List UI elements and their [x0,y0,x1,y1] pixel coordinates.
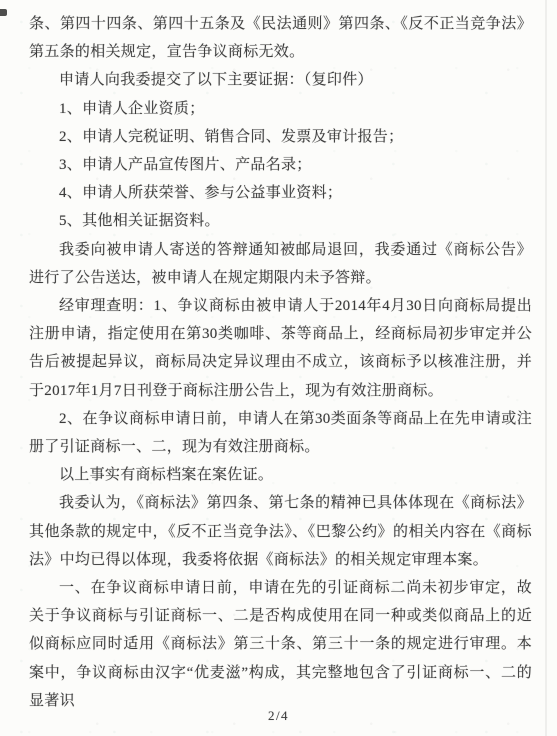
scan-artifact-line [545,0,547,736]
paragraph: 我委认为，《商标法》第四条、第七条的精神已具体体现在《商标法》其他条款的规定中，… [29,489,532,574]
paragraph: 5、其他相关证据资料。 [29,207,532,235]
scan-artifact-speck [0,9,7,16]
paragraph: 我委向被申请人寄送的答辩通知被邮局退回，我委通过《商标公告》进行了公告送达，被申… [29,236,532,292]
document-body: 条、第四十四条、第四十五条及《民法通则》第四条、《反不正当竞争法》第五条的相关规… [29,10,532,715]
paragraph: 3、申请人产品宣传图片、产品名录； [29,151,532,179]
paragraph: 条、第四十四条、第四十五条及《民法通则》第四条、《反不正当竞争法》第五条的相关规… [29,10,532,66]
paragraph: 一、在争议商标申请日前，申请在先的引证商标二尚未初步审定，故关于争议商标与引证商… [29,574,532,715]
paragraph: 申请人向我委提交了以下主要证据：（复印件） [29,66,532,94]
paragraph: 1、申请人企业资质； [29,95,532,123]
paragraph: 2、在争议商标申请日前，申请人在第30类面条等商品上在先申请或注册了引证商标一、… [29,405,532,461]
paragraph: 经审理查明：1、争议商标由被申请人于2014年4月30日向商标局提出注册申请，指… [29,292,532,405]
paragraph: 2、申请人完税证明、销售合同、发票及审计报告； [29,123,532,151]
page-number: 2/4 [0,708,557,724]
scanned-document-page: 条、第四十四条、第四十五条及《民法通则》第四条、《反不正当竞争法》第五条的相关规… [0,0,557,736]
paragraph: 4、申请人所获荣誉、参与公益事业资料； [29,179,532,207]
paragraph: 以上事实有商标档案在案佐证。 [29,461,532,489]
